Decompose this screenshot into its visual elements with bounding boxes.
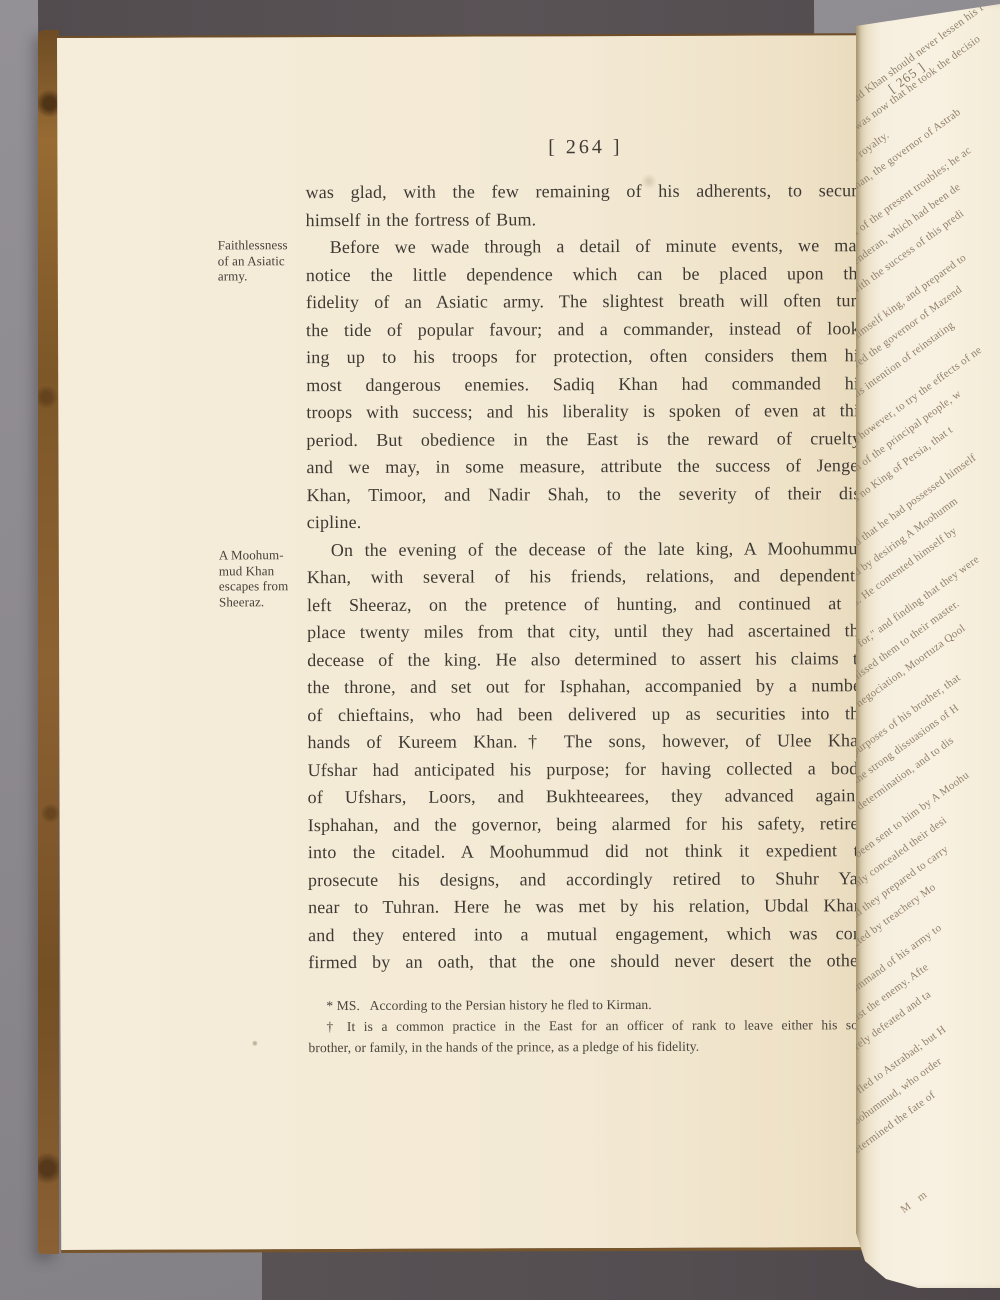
body-text-line: ing up to his troops for protection, oft…: [306, 342, 866, 371]
book-page-265: [ 265 ] mmud Khan should never lessen hi…: [856, 4, 1000, 1288]
body-text: was glad, with the few remaining of his …: [306, 177, 869, 976]
body-text-line: period. But obedience in the East is the…: [306, 425, 866, 454]
adjacent-page-text-line: have effected by treachery Mo: [856, 783, 1000, 975]
margin-note-line: Sheeraz.: [219, 594, 307, 610]
body-text-line: troops with success; and his liberality …: [306, 397, 866, 426]
body-text-line: Before we wade through a detail of minut…: [306, 232, 866, 261]
adjacent-page-text-line: were entirely defeated and ta: [856, 886, 1000, 1078]
body-text-line: the throne, and set out for Isphahan, ac…: [307, 672, 867, 701]
margin-note-faithlessness: Faithlessnessof an Asiaticarmy.: [218, 237, 306, 284]
body-text-line: fidelity of an Asiatic army. The slighte…: [306, 287, 866, 316]
page-number: [ 264 ]: [305, 135, 865, 160]
adjacent-page-text-line: were for," and finding that they were: [856, 473, 1000, 665]
footnote-line: † It is a common practice in the East fo…: [308, 1014, 868, 1037]
adjacent-page-text-line: of Mazenderan, which had been de: [856, 95, 1000, 287]
body-text-line: notice the little dependence which can b…: [306, 260, 866, 289]
body-text-line: Khan, Timoor, and Nadir Shah, to the sev…: [307, 480, 867, 509]
body-text-line: of Ufshars, Loors, and Bukhteearees, the…: [308, 782, 868, 811]
adjacent-page-text-line: the purposes of his brother, that: [856, 577, 1000, 769]
body-text-line: decease of the king. He also determined …: [307, 645, 867, 674]
adjacent-page-text-line: had been sent to him by A Moohu: [856, 680, 1000, 872]
margin-note-escape: A Moohum-mud Khanescapes fromSheeraz.: [219, 547, 307, 609]
body-text-line: Isphahan, and the governor, being alarme…: [308, 810, 868, 839]
adjacent-page-text-line: King, however, to try the effects of ne: [856, 267, 1000, 459]
body-text-line: the tide of popular favour; and a comman…: [306, 315, 866, 344]
body-text-line: hands of Kureem Khan.† The sons, however…: [307, 727, 867, 756]
margin-note-line: army.: [218, 268, 306, 284]
margin-note-line: Faithlessness: [218, 237, 306, 253]
footnotes: * MS. According to the Persian history h…: [308, 993, 868, 1058]
body-text-line: himself in the fortress of Bum.: [306, 205, 866, 234]
body-text-line: Ufshar had anticipated his purpose; for …: [308, 755, 868, 784]
body-text-line: On the evening of the decease of the lat…: [307, 535, 867, 564]
margin-note-line: of an Asiatic: [218, 253, 306, 269]
book-binding-edge: [38, 30, 59, 1254]
adjacent-page-text-line: Flushed with the success of this predi: [856, 129, 1000, 321]
body-text-line: place twenty miles from that city, until…: [307, 617, 867, 646]
body-text-line: and we may, in some measure, attribute t…: [306, 452, 866, 481]
adjacent-page-text-line: ncluded by desiring A Moohumm: [856, 405, 1000, 597]
margin-note-line: escapes from: [219, 578, 307, 594]
body-text-line: was glad, with the few remaining of his …: [306, 177, 866, 206]
body-text-line: and they entered into a mutual engagemen…: [308, 920, 868, 949]
adjacent-page-text-line: of A Moohummud, who order: [856, 955, 1000, 1147]
adjacent-page-text-line: putation of the principal people, w: [856, 301, 1000, 493]
photo-background: [ 264 ] Faithlessnessof an Asiaticarmy. …: [0, 0, 1000, 1300]
adjacent-page-text-line: e, dismissed them to their master.: [856, 508, 1000, 700]
body-text-line: of chieftains, who had been delivered up…: [307, 700, 867, 729]
margin-note-line: A Moohum-: [219, 547, 307, 563]
adjacent-page-text-line: n, and that he had possessed himself: [856, 370, 1000, 562]
adjacent-page-text-line: avowed his intention of reinstating: [856, 233, 1000, 425]
adjacent-page-text-line: Qoolee Khan, the governor of Astrab: [856, 26, 1000, 218]
book-page-264: [ 264 ] Faithlessnessof an Asiaticarmy. …: [57, 33, 906, 1253]
body-text-line: cipline.: [307, 507, 867, 536]
body-text-line: near to Tuhran. Here he was met by his r…: [308, 892, 868, 921]
body-text-line: Khan, with several of his friends, relat…: [307, 562, 867, 591]
adjacent-page-text-line: d received the governor of Mazend: [856, 198, 1000, 390]
footnote-line: * MS. According to the Persian history h…: [308, 993, 868, 1016]
adjacent-page-text-line: when the strong dissuasions of H: [856, 611, 1000, 803]
margin-note-line: mud Khan: [219, 563, 307, 579]
body-text-line: left Sheeraz, on the pretence of hunting…: [307, 590, 867, 619]
footnote-line: brother, or family, in the hands of the …: [308, 1035, 868, 1058]
adjacent-page-text-line: ed against the enemy. Afte: [856, 852, 1000, 1044]
body-text-line: prosecute his designs, and accordingly r…: [308, 865, 868, 894]
body-text-line: most dangerous enemies. Sadiq Khan had c…: [306, 370, 866, 399]
adjacent-page-text-line: there was no King of Persia, that t: [856, 336, 1000, 528]
body-text-line: into the citadel. A Moohummud did not th…: [308, 837, 868, 866]
body-text-line: firmed by an oath, that the one should n…: [308, 947, 868, 976]
